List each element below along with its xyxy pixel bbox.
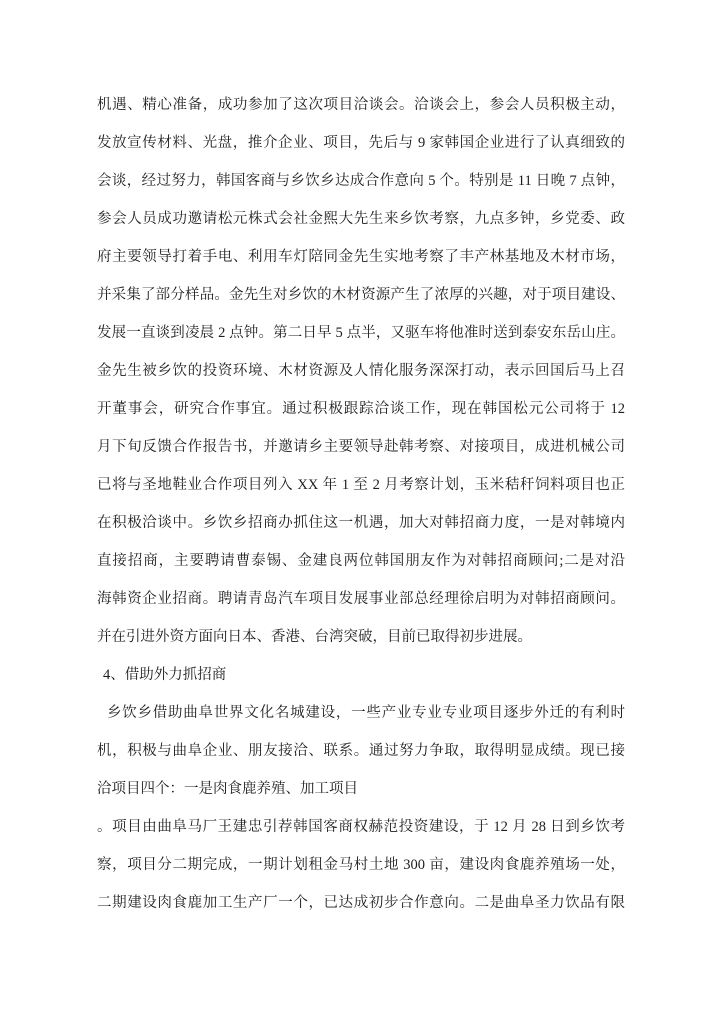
text-line: 金先生被乡饮的投资环境、木材资源及人情化服务深深打动，表示回国后马上召 — [97, 352, 625, 390]
text-line: 机，积极与曲阜企业、朋友接洽、联系。通过努力争取，取得明显成绩。现已接 — [97, 732, 625, 770]
text-line: 并采集了部分样品。金先生对乡饮的木材资源产生了浓厚的兴趣，对于项目建设、 — [97, 276, 625, 314]
text-line: 并在引进外资方面向日本、香港、台湾突破，目前已取得初步进展。 — [97, 618, 625, 656]
text-line: 机遇、精心准备，成功参加了这次项目洽谈会。洽谈会上，参会人员积极主动， — [97, 86, 625, 124]
text-line: 参会人员成功邀请松元株式会社金熙大先生来乡饮考察，九点多钟，乡党委、政 — [97, 200, 625, 238]
text-line: 4、借助外力抓招商 — [97, 656, 625, 694]
text-line: 。项目由曲阜马厂王建忠引荐韩国客商权赫范投资建设，于 12 月 28 日到乡饮考 — [97, 808, 625, 846]
text-line: 已将与圣地鞋业合作项目列入 XX 年 1 至 2 月考察计划，玉米秸秆饲料项目也… — [97, 466, 625, 504]
text-line: 府主要领导打着手电、利用车灯陪同金先生实地考察了丰产林基地及木材市场， — [97, 238, 625, 276]
text-line: 直接招商，主要聘请曹泰锡、金建良两位韩国朋友作为对韩招商顾问;二是对沿 — [97, 542, 625, 580]
text-line: 发展一直谈到凌晨 2 点钟。第二日早 5 点半，又驱车将他准时送到泰安东岳山庄。 — [97, 314, 625, 352]
text-line: 会谈，经过努力，韩国客商与乡饮乡达成合作意向 5 个。特别是 11 日晚 7 点… — [97, 162, 625, 200]
text-line: 察，项目分二期完成，一期计划租金马村土地 300 亩，建设肉食鹿养殖场一处， — [97, 846, 625, 884]
text-line: 在积极洽谈中。乡饮乡招商办抓住这一机遇，加大对韩招商力度，一是对韩境内 — [97, 504, 625, 542]
text-line: 开董事会，研究合作事宜。通过积极跟踪洽谈工作，现在韩国松元公司将于 12 — [97, 390, 625, 428]
text-line: 海韩资企业招商。聘请青岛汽车项目发展事业部总经理徐启明为对韩招商顾问。 — [97, 580, 625, 618]
text-line: 二期建设肉食鹿加工生产厂一个，已达成初步合作意向。二是曲阜圣力饮品有限 — [97, 884, 625, 922]
document-page: 机遇、精心准备，成功参加了这次项目洽谈会。洽谈会上，参会人员积极主动，发放宣传材… — [0, 0, 721, 1020]
document-text-block: 机遇、精心准备，成功参加了这次项目洽谈会。洽谈会上，参会人员积极主动，发放宣传材… — [97, 86, 625, 922]
text-line: 发放宣传材料、光盘，推介企业、项目，先后与 9 家韩国企业进行了认真细致的 — [97, 124, 625, 162]
text-line: 月下旬反馈合作报告书，并邀请乡主要领导赴韩考察、对接项目，成进机械公司 — [97, 428, 625, 466]
text-line: 乡饮乡借助曲阜世界文化名城建设，一些产业专业专业项目逐步外迁的有利时 — [97, 694, 625, 732]
text-line: 洽项目四个：一是肉食鹿养殖、加工项目 — [97, 770, 625, 808]
